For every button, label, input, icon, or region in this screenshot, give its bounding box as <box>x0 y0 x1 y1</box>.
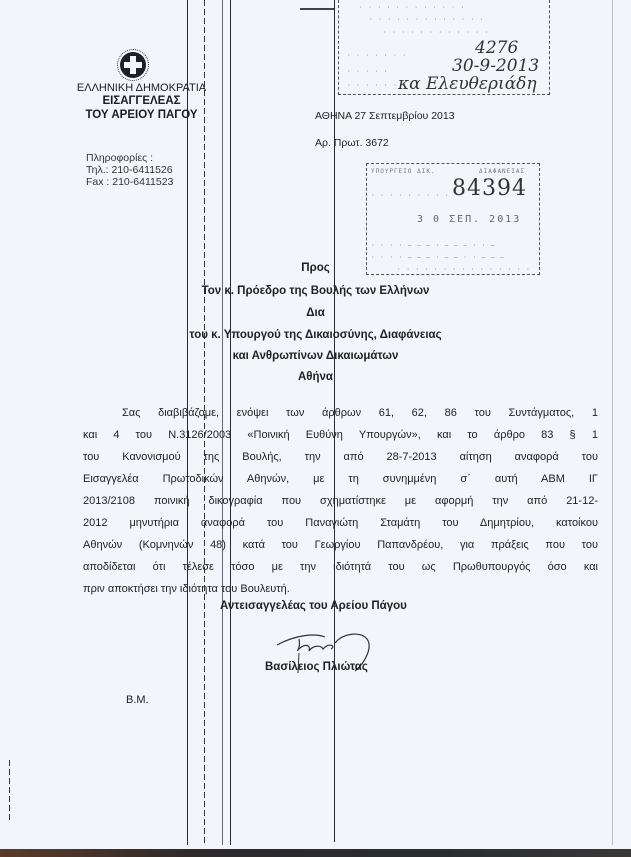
protocol-number: Αρ. Πρωτ. 3672 <box>315 137 389 149</box>
body-line: Αθηνών (Κομνηνών 48) κατά του Γεωργίου Π… <box>83 539 598 551</box>
body-line: του Κανονισμού της Βουλής, την από 28-7-… <box>83 451 598 463</box>
contact-label: Πληροφορίες : <box>86 152 153 164</box>
place-date: ΑΘΗΝΑ 27 Σεπτεμβρίου 2013 <box>315 110 455 122</box>
scan-artifact-line <box>612 0 613 845</box>
addressee-via: Δια <box>0 307 631 319</box>
contact-phone: Τηλ.: 210-6411526 <box>86 164 173 176</box>
stamp-header-right: ΔΙΑΦΑΝΕΙΑΣ <box>479 168 525 175</box>
letterhead-country: ΕΛΛΗΝΙΚΗ ΔΗΜΟΚΡΑΤΙΑ <box>60 82 223 94</box>
body-line: 2013/2108 ποινική δικογραφία που σχηματί… <box>83 495 598 507</box>
scanner-bottom-edge <box>0 849 631 857</box>
addressee-line2: του κ. Υπουργού της Δικαιοσύνης, Διαφάνε… <box>0 329 631 341</box>
stamp-handwritten-number: 4276 <box>475 38 518 58</box>
scanned-document-page: ΕΛΛΗΝΙΚΗ ΔΗΜΟΚΡΑΤΙΑ ΕΙΣΑΓΓΕΛΕΑΣ ΤΟΥ ΑΡΕΙ… <box>0 0 631 849</box>
stamp-date: 3 0 ΣΕΠ. 2013 <box>417 214 521 225</box>
addressee-to: Προς <box>0 262 631 274</box>
signatory-title: Αντεισαγγελέας του Αρείου Πάγου <box>220 600 407 612</box>
scan-artifact-line <box>230 0 231 845</box>
addressee-line1: Τον κ. Πρόεδρο της Βουλής των Ελλήνων <box>0 285 631 297</box>
letterhead-office: ΕΙΣΑΓΓΕΛΕΑΣ <box>60 95 223 107</box>
body-line: αποδίδεται ότι τέλεσε τόσο με την ιδιότη… <box>83 561 598 573</box>
scan-artifact-line <box>187 0 188 845</box>
signatory-name: Βασίλειος Πλιώτας <box>265 661 368 673</box>
scan-artifact-line <box>204 0 205 845</box>
scan-artifact-line <box>334 0 335 842</box>
stamp-header-left: ΥΠΟΥΡΓΕΙΟ ΔΙΚ. <box>371 168 436 175</box>
body-line: Εισαγγελέα Πρωτοδικών Αθηνών, με τη συνη… <box>83 473 598 485</box>
greek-coat-of-arms-icon <box>120 52 146 78</box>
scan-artifact-line <box>222 0 223 845</box>
body-line: και 4 του Ν.3126/2003 «Ποινική Ευθύνη Υπ… <box>83 429 598 441</box>
body-line: Σας διαβιβάζομε, ενόψει των άρθρων 61, 6… <box>122 407 598 419</box>
footer-initials: Β.Μ. <box>126 694 149 706</box>
stamp-handwritten-number: 84394 <box>452 176 527 201</box>
stamp-handwritten-date: 30-9-2013 <box>452 56 539 76</box>
body-line: πριν αποκτήσει την ιδιότητα του Βουλευτή… <box>83 583 598 595</box>
addressee-city: Αθήνα <box>0 371 631 383</box>
body-line: 2012 μηνυτήρια αναφορά του Παναγιώτη Στα… <box>83 517 598 529</box>
contact-fax: Fax : 210-6411523 <box>86 176 173 188</box>
stamp-handwritten-name: κα Ελευθεριάδη <box>398 74 537 94</box>
addressee-line3: και Ανθρωπίνων Δικαιωμάτων <box>0 350 631 362</box>
letterhead-court: ΤΟΥ ΑΡΕΙΟΥ ΠΑΓΟΥ <box>60 109 223 121</box>
scan-artifact-line <box>9 760 10 820</box>
scan-artifact-mark <box>300 8 334 10</box>
